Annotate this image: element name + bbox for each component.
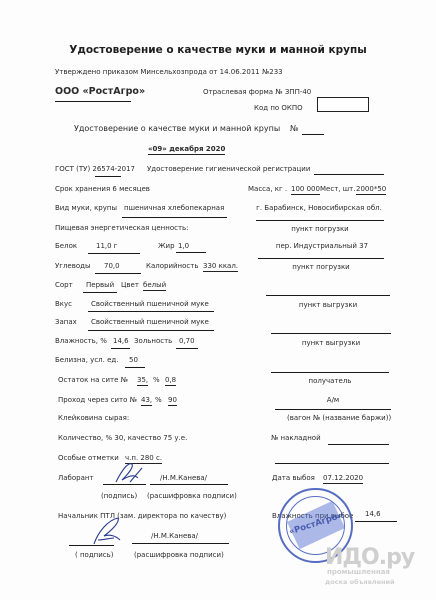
humidity-underline — [111, 348, 130, 349]
transport: А/м — [275, 396, 391, 404]
number-field — [302, 134, 324, 135]
color-label: Цвет — [121, 281, 139, 289]
carbs-underline — [95, 273, 141, 274]
document-title: Удостоверение о качестве муки и манной к… — [0, 44, 436, 56]
hygiene-label: Удостоверение гигиенической регистрации — [147, 165, 310, 173]
document-page: Удостоверение о качестве муки и манной к… — [0, 0, 436, 600]
okpo-field — [317, 97, 369, 112]
company-name: ООО «РостАгро» — [55, 86, 145, 97]
okpo-label: Код по ОКПО — [254, 104, 303, 112]
nutrition-label: Пищевая энергетическая ценность: — [55, 224, 189, 232]
unloading-point-label-2: пункт выгрузки — [271, 339, 391, 347]
places-value: 2000*50 — [356, 185, 386, 195]
head-signature-icon — [88, 516, 128, 546]
carbs-label: Углеводы — [55, 262, 91, 270]
head-name: /Н.М.Канева/ — [151, 532, 198, 540]
carbs-value: 70,0 — [104, 262, 120, 270]
decode-caption-2: (расшифровка подписи) — [134, 551, 224, 559]
grade-value: Первый — [86, 281, 114, 289]
address-underline — [258, 258, 384, 259]
moisture-value: 14,6 — [365, 510, 381, 518]
taste-value: Свойственный пшеничной муке — [91, 300, 209, 308]
sieve-pass-value: 90 — [168, 396, 177, 406]
document-date: «09» декабря 2020 — [148, 145, 225, 155]
address: пер. Индустриальный 37 — [258, 242, 386, 250]
grade-label: Сорт — [55, 281, 73, 289]
head-label: Начальник ПТЛ (зам. директора по качеств… — [58, 512, 226, 520]
invoice-label: № накладной — [271, 434, 321, 442]
whiteness-underline — [125, 367, 145, 368]
whiteness-value: 50 — [129, 356, 138, 364]
head-signature-line — [69, 545, 114, 546]
special-underline — [275, 463, 389, 464]
protein-underline — [88, 253, 140, 254]
fat-value: 1,0 — [178, 242, 189, 250]
subtitle: Удостоверение о качестве муки и манной к… — [74, 124, 280, 133]
protein-label: Белок — [55, 242, 77, 250]
watermark-logo: ИДО.ру — [325, 545, 414, 570]
color-value: белый — [143, 281, 166, 291]
protein-value: 11,0 г — [96, 242, 118, 250]
gluten-quantity: Количество, % 30, качество 75 у.е. — [58, 434, 187, 442]
sieve-pass-label: Проход через сито № — [58, 396, 137, 404]
wagon-label: (вагон № (название баржи)) — [287, 414, 391, 422]
hygiene-field — [314, 174, 384, 175]
loading-point-label: пункт погрузки — [256, 225, 384, 233]
smell-underline — [88, 330, 214, 331]
company-underline — [55, 101, 131, 102]
signature-caption-2: ( подпись) — [75, 551, 114, 559]
smell-label: Запах — [55, 318, 77, 326]
ash-underline — [176, 348, 198, 349]
whiteness-label: Белизна, усл. ед. — [55, 356, 118, 364]
receiver-label: получатель — [271, 377, 389, 385]
fat-underline — [176, 252, 206, 253]
shelf-life: Срок хранения 6 месяцев — [55, 185, 150, 193]
sample-date-value: 07.12.2020 — [323, 474, 363, 484]
unloading-underline-2 — [271, 333, 391, 334]
gost-underline — [95, 176, 121, 177]
sieve-rest-number: 35, — [137, 376, 148, 386]
sieve-rest-label: Остаток на сите № — [58, 376, 128, 384]
humidity-label: Влажность, % — [55, 337, 107, 345]
watermark-line-1: промышленная — [327, 568, 390, 576]
taste-underline — [88, 311, 214, 312]
sieve-pass-percent-label: % — [155, 396, 162, 404]
city: г. Барабинск, Новосибирская обл. — [253, 204, 385, 212]
number-label: № — [290, 124, 298, 133]
lab-label: Лаборант — [58, 474, 94, 482]
taste-label: Вкус — [55, 300, 72, 308]
city-underline — [256, 220, 384, 221]
flour-type-underline — [122, 217, 227, 218]
lab-name-line — [150, 484, 228, 485]
humidity-value: 14,6 — [113, 337, 129, 345]
fat-label: Жир — [158, 242, 175, 250]
grade-underline — [83, 292, 117, 293]
mass-label: Масса, кг . — [248, 185, 287, 193]
loading-point-label-2: пункт погрузки — [258, 263, 384, 271]
sieve-rest-value: 0,8 — [165, 376, 176, 386]
calories-label: Калорийность — [146, 262, 198, 270]
form-number: Отраслевая форма № ЗПП-40 — [203, 88, 311, 96]
receiver-underline — [271, 372, 389, 373]
smell-value: Свойственный пшеничной муке — [91, 318, 209, 326]
special-marks-label: Особые отметки — [58, 454, 119, 462]
gost: ГОСТ (ТУ) 26574-2017 — [55, 165, 135, 173]
mass-value: 100 000 — [291, 185, 320, 195]
unloading-point-label: пункт выгрузки — [266, 301, 390, 309]
flour-type-value: пшеничная хлебопекарная — [124, 204, 224, 212]
invoice-field — [328, 444, 389, 445]
calories-value: 330 ккал. — [203, 262, 238, 272]
signature-caption: (подпись) — [101, 492, 137, 500]
places-label: Мест, шт. — [320, 185, 355, 193]
decode-caption: (расшифровка подписи) — [147, 492, 237, 500]
head-name-line — [132, 543, 229, 544]
sieve-rest-percent-label: % — [153, 376, 160, 384]
lab-name: /Н.М.Канева/ — [160, 474, 207, 482]
sample-date-label: Дата выбоя — [272, 474, 315, 482]
unloading-underline-1 — [266, 295, 390, 296]
transport-underline — [275, 409, 391, 410]
watermark-line-2: доска объявлений — [325, 578, 395, 586]
approved-text: Утверждено приказом Минсельхозпрода от 1… — [55, 68, 283, 76]
sieve-pass-number: 43, — [141, 396, 152, 406]
lab-signature-icon — [112, 460, 146, 486]
ash-value: 0,70 — [179, 337, 195, 345]
flour-type-label: Вид муки, крупы — [55, 204, 117, 212]
gluten-label: Клейковина сырая: — [58, 414, 129, 422]
ash-label: Зольность — [134, 337, 172, 345]
moisture-underline — [355, 521, 397, 522]
